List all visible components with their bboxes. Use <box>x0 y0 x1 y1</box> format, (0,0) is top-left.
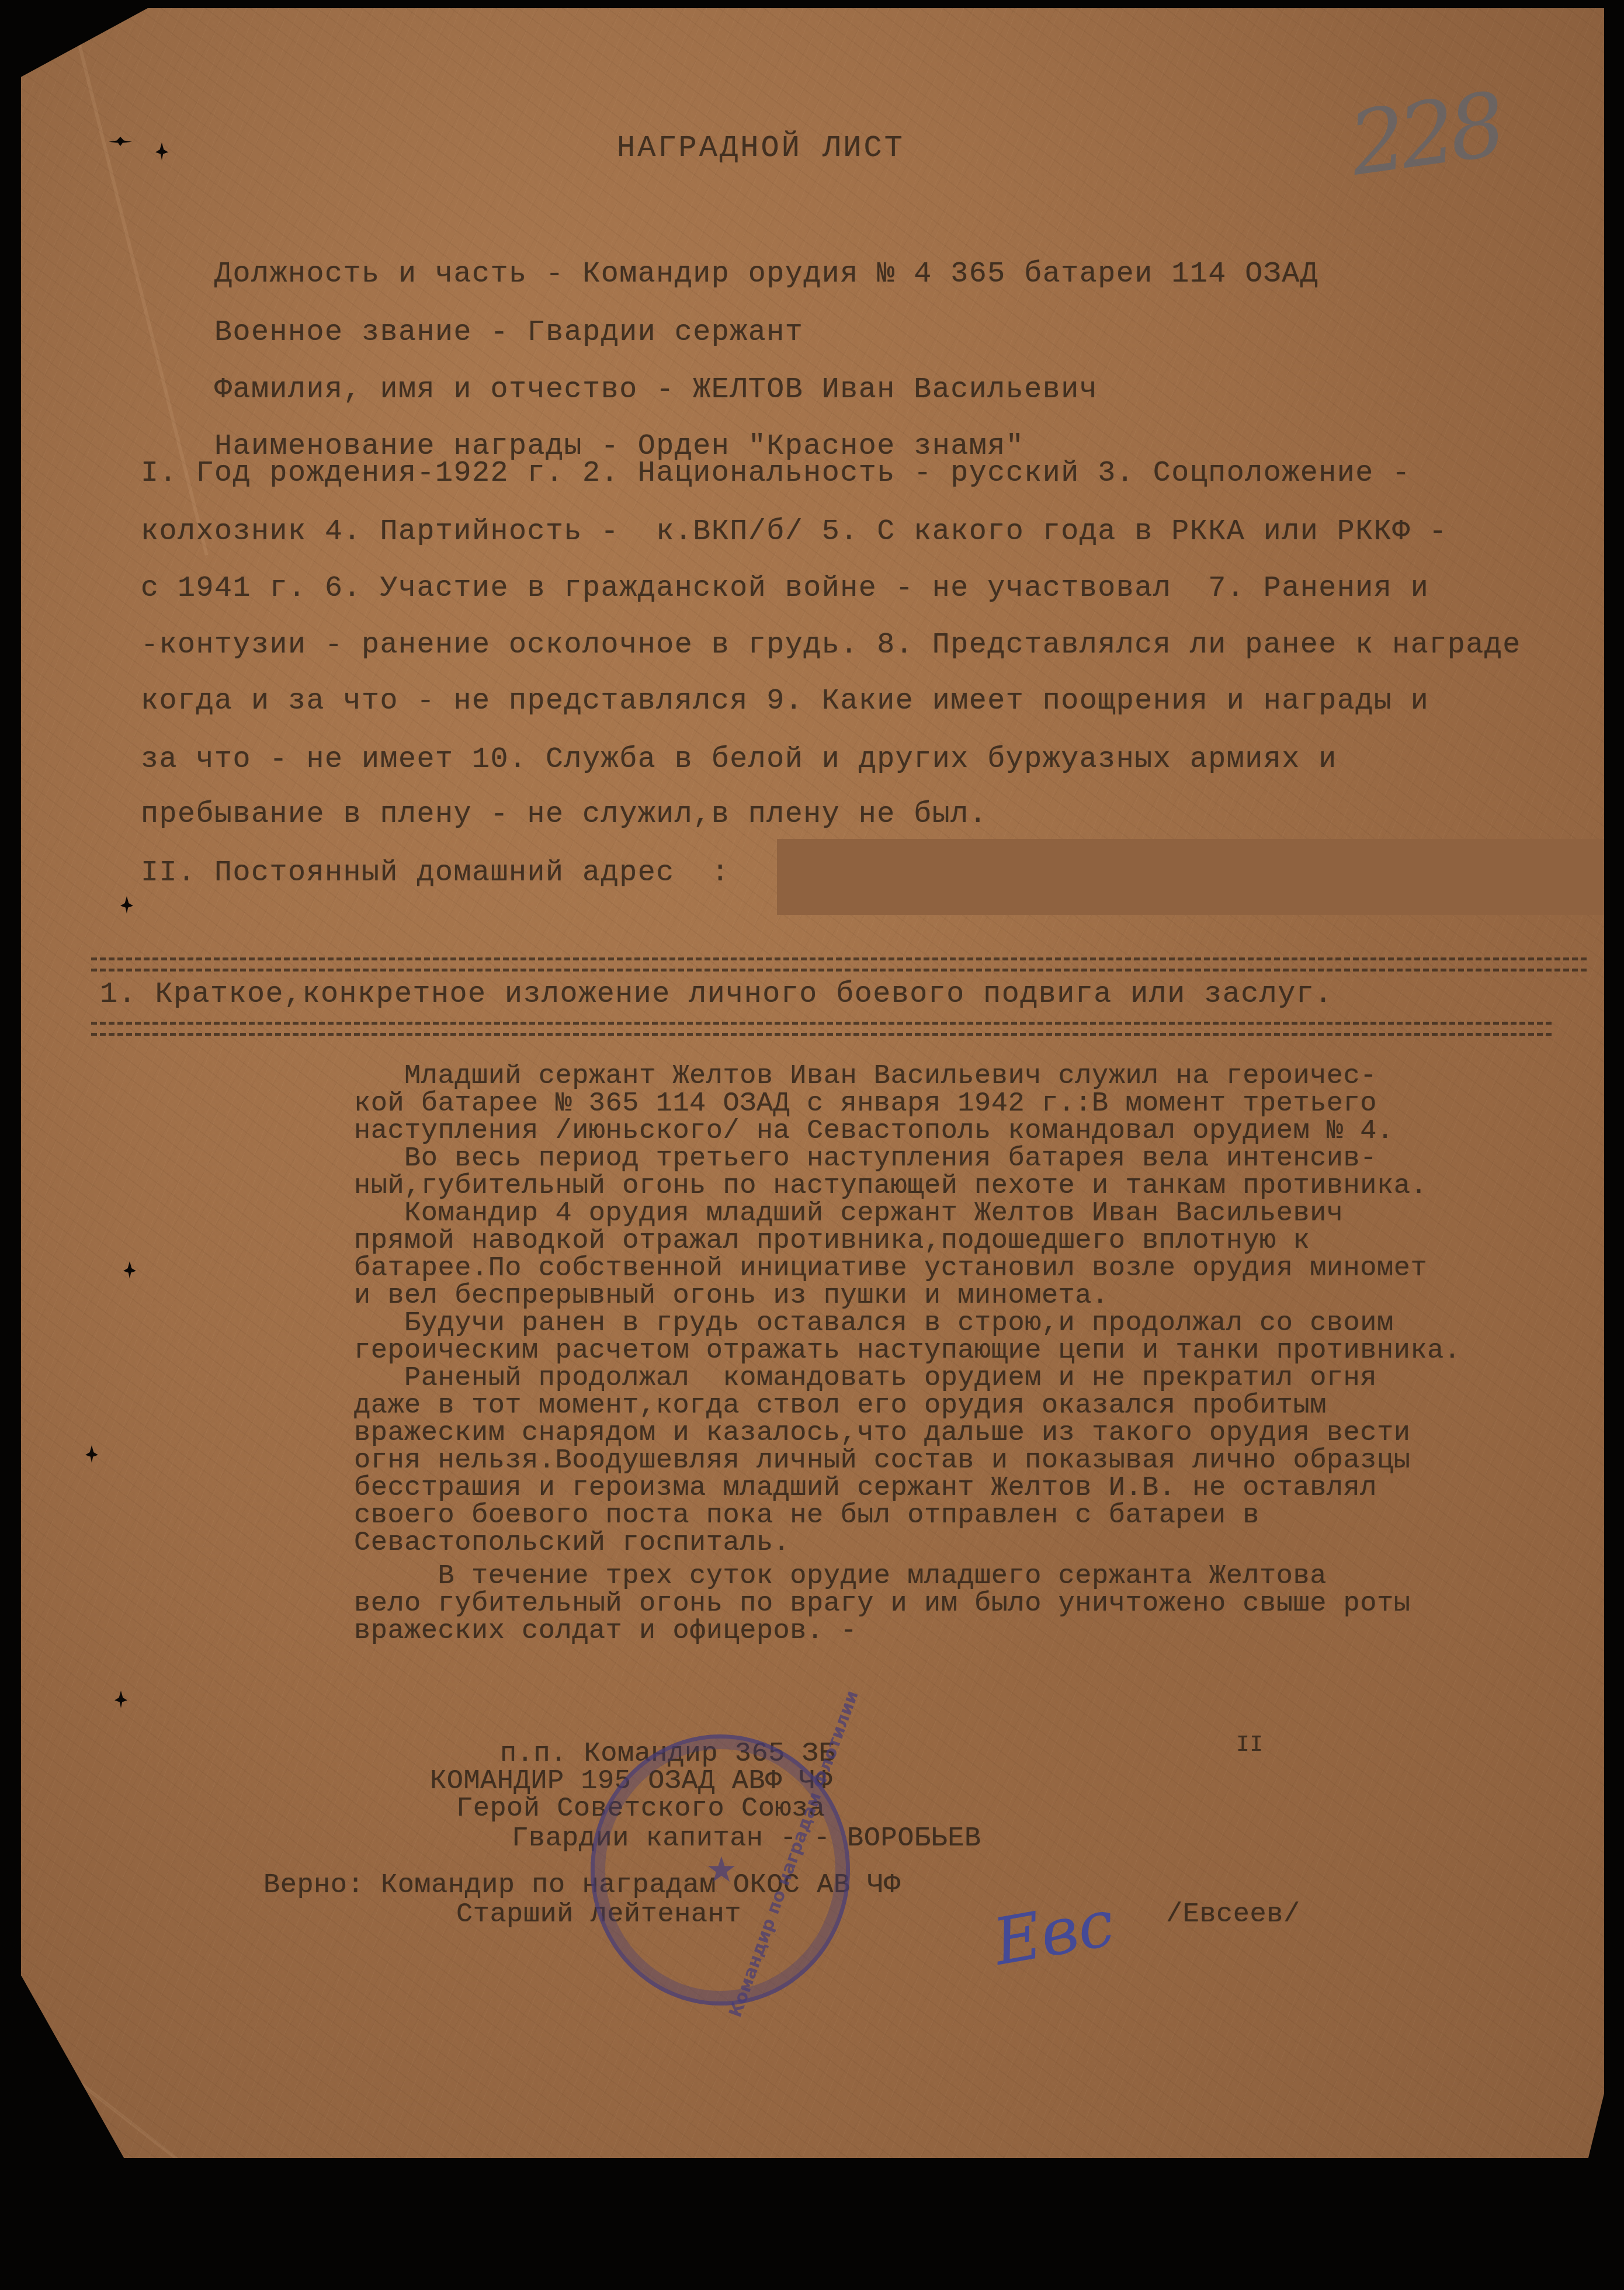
archive-number: 228 <box>1344 74 1506 196</box>
narrative-line: прямой наводкой отражал противника,подош… <box>354 1227 1310 1255</box>
punch-hole-icon <box>120 896 133 914</box>
narrative-line: Будучи ранен в грудь оставался в строю,и… <box>354 1310 1394 1337</box>
punch-hole-icon <box>114 1691 127 1708</box>
punch-hole-icon <box>109 137 132 146</box>
narrative-line: В течение трех суток орудие младшего сер… <box>354 1563 1327 1590</box>
narrative-line: батарее.По собственной инициативе устано… <box>354 1255 1427 1282</box>
double-rule-divider <box>91 957 1587 971</box>
narrative-line: Во весь период третьего наступления бата… <box>354 1145 1377 1172</box>
margin-mark: II <box>1236 1732 1264 1759</box>
narrative-line: Севастопольский госпиталь. <box>354 1529 790 1557</box>
star-icon: ★ <box>706 1850 737 1890</box>
narrative-line: огня нельзя.Воодушевляя личный состав и … <box>354 1447 1410 1474</box>
narrative-line: наступления /июньского/ на Севастополь к… <box>354 1118 1394 1145</box>
narrative-line: вело губительный огонь по врагу и им был… <box>354 1590 1410 1618</box>
certifier-name: /Евсеев/ <box>1166 1901 1300 1928</box>
narrative-line: Командир 4 орудия младший сержант Желтов… <box>354 1200 1344 1227</box>
paper-crease <box>20 2036 344 2166</box>
narrative-line: бесстрашия и героизма младший сержант Же… <box>354 1474 1377 1502</box>
questionnaire-line: за что - не имеет 10. Служба в белой и д… <box>141 743 1337 776</box>
document-page: 228 НАГРАДНОЙ ЛИСТ Должность и часть - К… <box>21 8 1604 2158</box>
punch-hole-icon <box>123 1261 136 1279</box>
narrative-line: вражеских солдат и офицеров. - <box>354 1618 857 1645</box>
home-address-label: II. Постоянный домашний адрес : <box>141 856 730 890</box>
document-title: НАГРАДНОЙ ЛИСТ <box>617 131 905 165</box>
narrative-line: героическим расчетом отражать наступающи… <box>354 1337 1461 1365</box>
stamp-text: Командир по наградам Флотилии <box>725 1688 862 2020</box>
narrative-line: ный,губительный огонь по наступающей пех… <box>354 1172 1427 1200</box>
section-heading: 1. Краткое,конкретное изложение личного … <box>100 978 1333 1011</box>
punch-hole-icon <box>155 143 168 160</box>
questionnaire-line: пребывание в плену - не служил,в плену н… <box>141 798 987 831</box>
questionnaire-line: с 1941 г. 6. Участие в гражданской войне… <box>141 572 1429 605</box>
questionnaire-line: колхозник 4. Партийность - к.ВКП/б/ 5. С… <box>141 515 1448 549</box>
redacted-address <box>777 839 1604 915</box>
questionnaire-line: когда и за что - не представлялся 9. Как… <box>141 685 1429 718</box>
narrative-line: и вел беспрерывный огонь из пушки и мино… <box>354 1282 1109 1310</box>
narrative-line: Младший сержант Желтов Иван Васильевич с… <box>354 1063 1377 1090</box>
official-stamp: Командир по наградам Флотилии ★ <box>591 1734 850 2006</box>
narrative-line: своего боевого поста пока не был отправл… <box>354 1502 1259 1529</box>
narrative-line: даже в тот момент,когда ствол его орудия… <box>354 1392 1327 1420</box>
handwritten-signature: Евс <box>988 1885 1119 1980</box>
narrative-line: вражеским снарядом и казалось,что дальше… <box>354 1420 1410 1447</box>
punch-hole-icon <box>85 1445 98 1463</box>
double-rule-divider <box>91 1022 1552 1036</box>
narrative-line: кой батарее № 365 114 ОЗАД с января 1942… <box>354 1090 1377 1118</box>
questionnaire-line: I. Год рождения-1922 г. 2. Национальност… <box>141 457 1411 490</box>
narrative-line: Раненый продолжал командовать орудием и … <box>354 1365 1377 1392</box>
questionnaire-line: -контузии - ранение осколочное в грудь. … <box>141 629 1521 662</box>
